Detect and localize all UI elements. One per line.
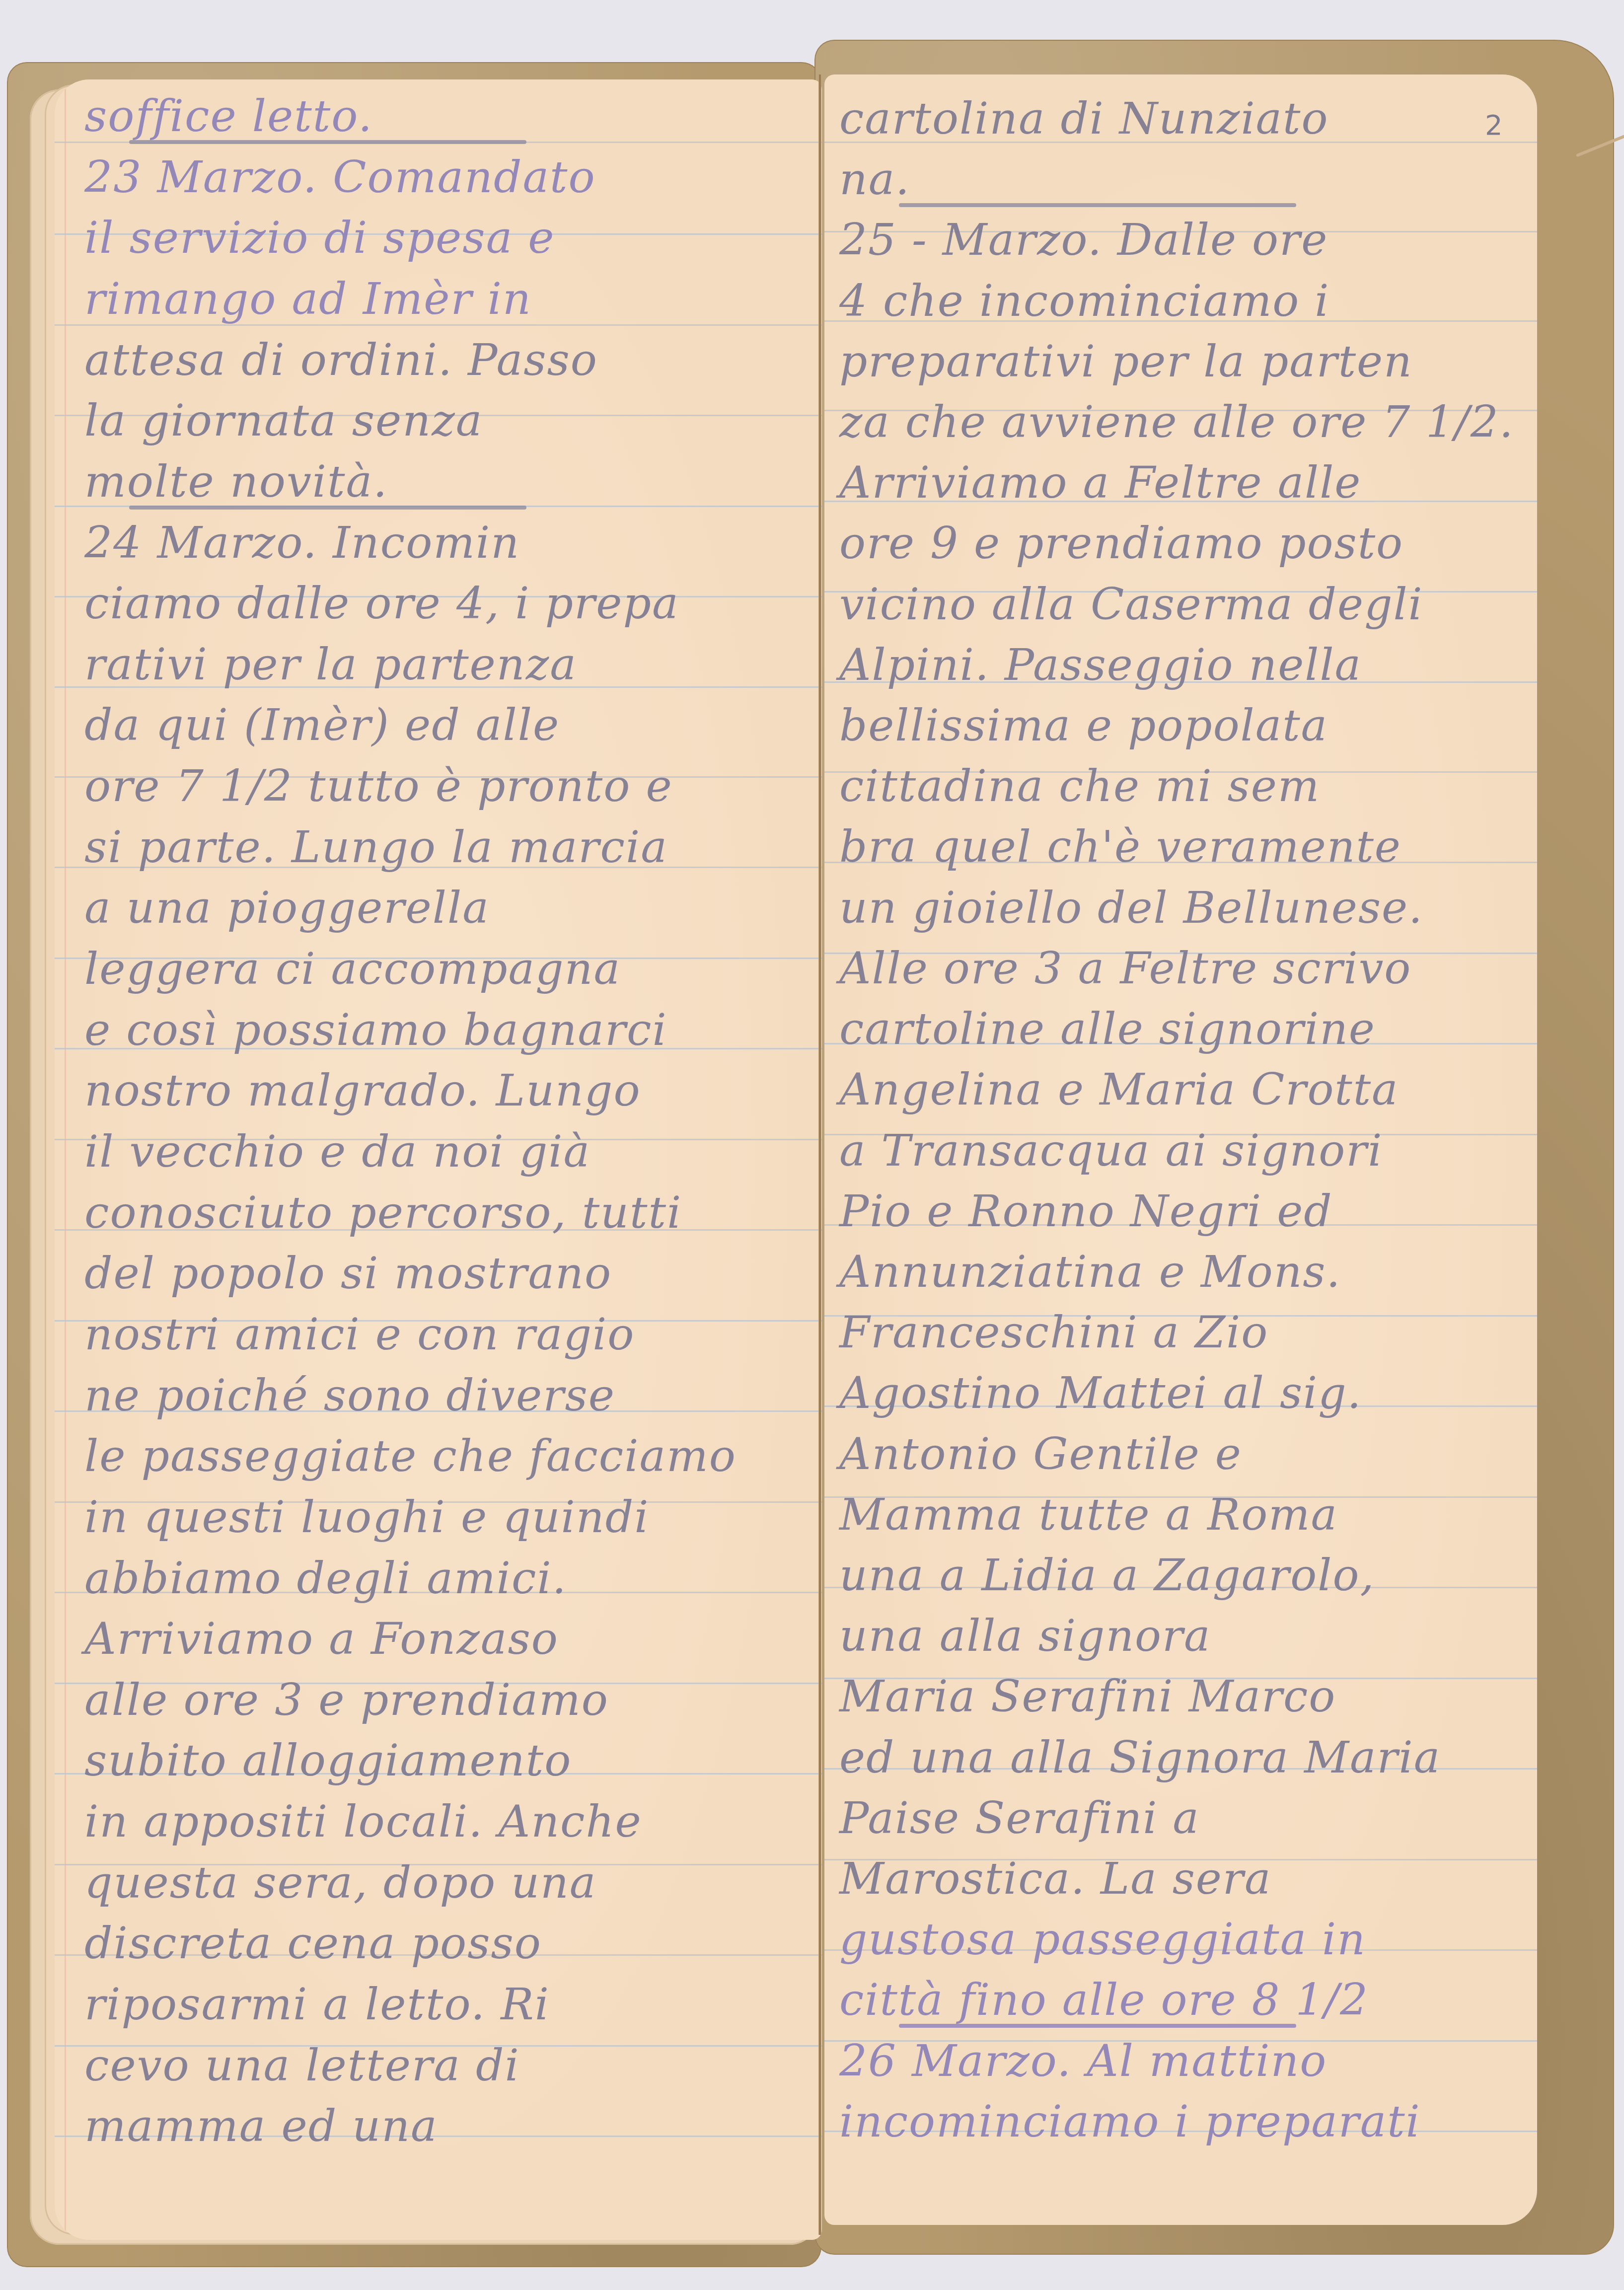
diary-line: attesa di ordini. Passo xyxy=(84,338,598,382)
diary-line: Pio e Ronno Negri ed xyxy=(839,1189,1333,1233)
diary-line: alle ore 3 e prendiamo xyxy=(84,1678,609,1722)
diary-line: bra quel ch'è veramente xyxy=(839,825,1402,869)
diary-line: un gioiello del Bellunese. xyxy=(839,886,1423,930)
diary-line: Arriviamo a Fonzaso xyxy=(84,1617,559,1661)
diary-line: preparativi per la parten xyxy=(839,340,1413,383)
diary-line: del popolo si mostrano xyxy=(84,1252,612,1295)
diary-line: una alla signora xyxy=(839,1614,1211,1658)
diary-line: conosciuto percorso, tutti xyxy=(84,1191,682,1235)
diary-line: leggera ci accompagna xyxy=(84,947,621,991)
entry-separator xyxy=(129,506,526,510)
diary-line: na. xyxy=(839,157,910,201)
diary-line: si parte. Lungo la marcia xyxy=(84,825,668,869)
entry-separator xyxy=(899,203,1296,207)
diary-line: il servizio di spesa e xyxy=(84,216,555,260)
diary-line: Angelina e Maria Crotta xyxy=(839,1068,1399,1111)
diary-line: a una pioggerella xyxy=(84,886,490,930)
diary-line: Marostica. La sera xyxy=(839,1857,1271,1901)
diary-line: Agostino Mattei al sig. xyxy=(839,1371,1362,1415)
entry-separator xyxy=(899,2024,1296,2028)
diary-line: incominciamo i preparati xyxy=(839,2100,1421,2143)
diary-line: il vecchio e da noi già xyxy=(84,1130,591,1174)
diary-line: Alpini. Passeggio nella xyxy=(839,643,1362,687)
diary-line: una a Lidia a Zagarolo, xyxy=(839,1553,1375,1597)
page-margin-line xyxy=(65,79,66,2240)
diary-line: in appositi locali. Anche xyxy=(84,1800,642,1844)
diary-line: ciamo dalle ore 4, i prepa xyxy=(84,582,679,625)
page-number: 2 xyxy=(1485,109,1503,142)
diary-line: Alle ore 3 a Feltre scrivo xyxy=(839,947,1411,990)
diary-line: cevo una lettera di xyxy=(84,2044,520,2087)
diary-line: vicino alla Caserma degli xyxy=(839,583,1423,626)
rule-line xyxy=(55,324,822,326)
diary-line: ne poiché sono diverse xyxy=(84,1374,615,1417)
diary-line: abbiamo degli amici. xyxy=(84,1556,567,1600)
diary-line: nostri amici e con ragio xyxy=(84,1313,635,1356)
diary-line: subito alloggiamento xyxy=(84,1739,572,1782)
diary-line: rimango ad Imèr in xyxy=(84,277,532,321)
diary-line: Antonio Gentile e xyxy=(839,1432,1242,1476)
diary-line: Arriviamo a Feltre alle xyxy=(839,461,1361,505)
diary-line-date: 24 Marzo. Incomin xyxy=(84,521,520,565)
diary-line: e così possiamo bagnarci xyxy=(84,1008,667,1052)
right-page: 2 cartolina di Nunziatona.25 - Marzo. Da… xyxy=(824,74,1537,2225)
notebook-spine xyxy=(818,74,821,2235)
diary-line: riposarmi a letto. Ri xyxy=(84,1983,550,2026)
diary-line: cartoline alle signorine xyxy=(839,1007,1376,1051)
diary-line: za che avviene alle ore 7 1/2. xyxy=(839,400,1514,444)
diary-line: 4 che incominciamo i xyxy=(839,279,1329,323)
diary-line: cartolina di Nunziato xyxy=(839,97,1329,141)
left-page: soffice letto.23 Marzo. Comandatoil serv… xyxy=(55,79,822,2240)
diary-line: ore 9 e prendiamo posto xyxy=(839,521,1403,565)
diary-line: ore 7 1/2 tutto è pronto e xyxy=(84,764,673,808)
entry-separator xyxy=(129,140,526,144)
diary-line: rativi per la partenza xyxy=(84,643,577,686)
diary-line: cittadina che mi sem xyxy=(839,764,1320,808)
diary-line: da qui (Imèr) ed alle xyxy=(84,703,560,747)
diary-line: mamma ed una xyxy=(84,2104,438,2148)
diary-line: Mamma tutte a Roma xyxy=(839,1493,1338,1537)
diary-line: Paise Serafini a xyxy=(839,1796,1200,1840)
diary-line: bellissima e popolata xyxy=(839,704,1328,747)
diary-line: la giornata senza xyxy=(84,399,483,443)
diary-line: molte novità. xyxy=(84,460,388,504)
diary-line: Maria Serafini Marco xyxy=(839,1675,1336,1718)
diary-line: città fino alle ore 8 1/2 xyxy=(839,1978,1369,2022)
diary-line: Franceschini a Zio xyxy=(839,1311,1268,1354)
diary-line: in questi luoghi e quindi xyxy=(84,1495,649,1539)
diary-line-date: 23 Marzo. Comandato xyxy=(84,155,596,199)
diary-line: Annunziatina e Mons. xyxy=(839,1250,1341,1294)
diary-line: questa sera, dopo una xyxy=(84,1861,597,1905)
diary-line: a Transacqua ai signori xyxy=(839,1129,1383,1173)
diary-line-date: 26 Marzo. Al mattino xyxy=(839,2039,1327,2083)
diary-line: discreta cena posso xyxy=(84,1921,542,1965)
diary-line: gustosa passeggiata in xyxy=(839,1918,1366,1961)
diary-line: nostro malgrado. Lungo xyxy=(84,1069,641,1112)
diary-line: ed una alla Signora Maria xyxy=(839,1736,1441,1779)
diary-line: le passeggiate che facciamo xyxy=(84,1434,737,1478)
diary-line-date: 25 - Marzo. Dalle ore xyxy=(839,218,1328,262)
diary-line: soffice letto. xyxy=(84,94,373,138)
